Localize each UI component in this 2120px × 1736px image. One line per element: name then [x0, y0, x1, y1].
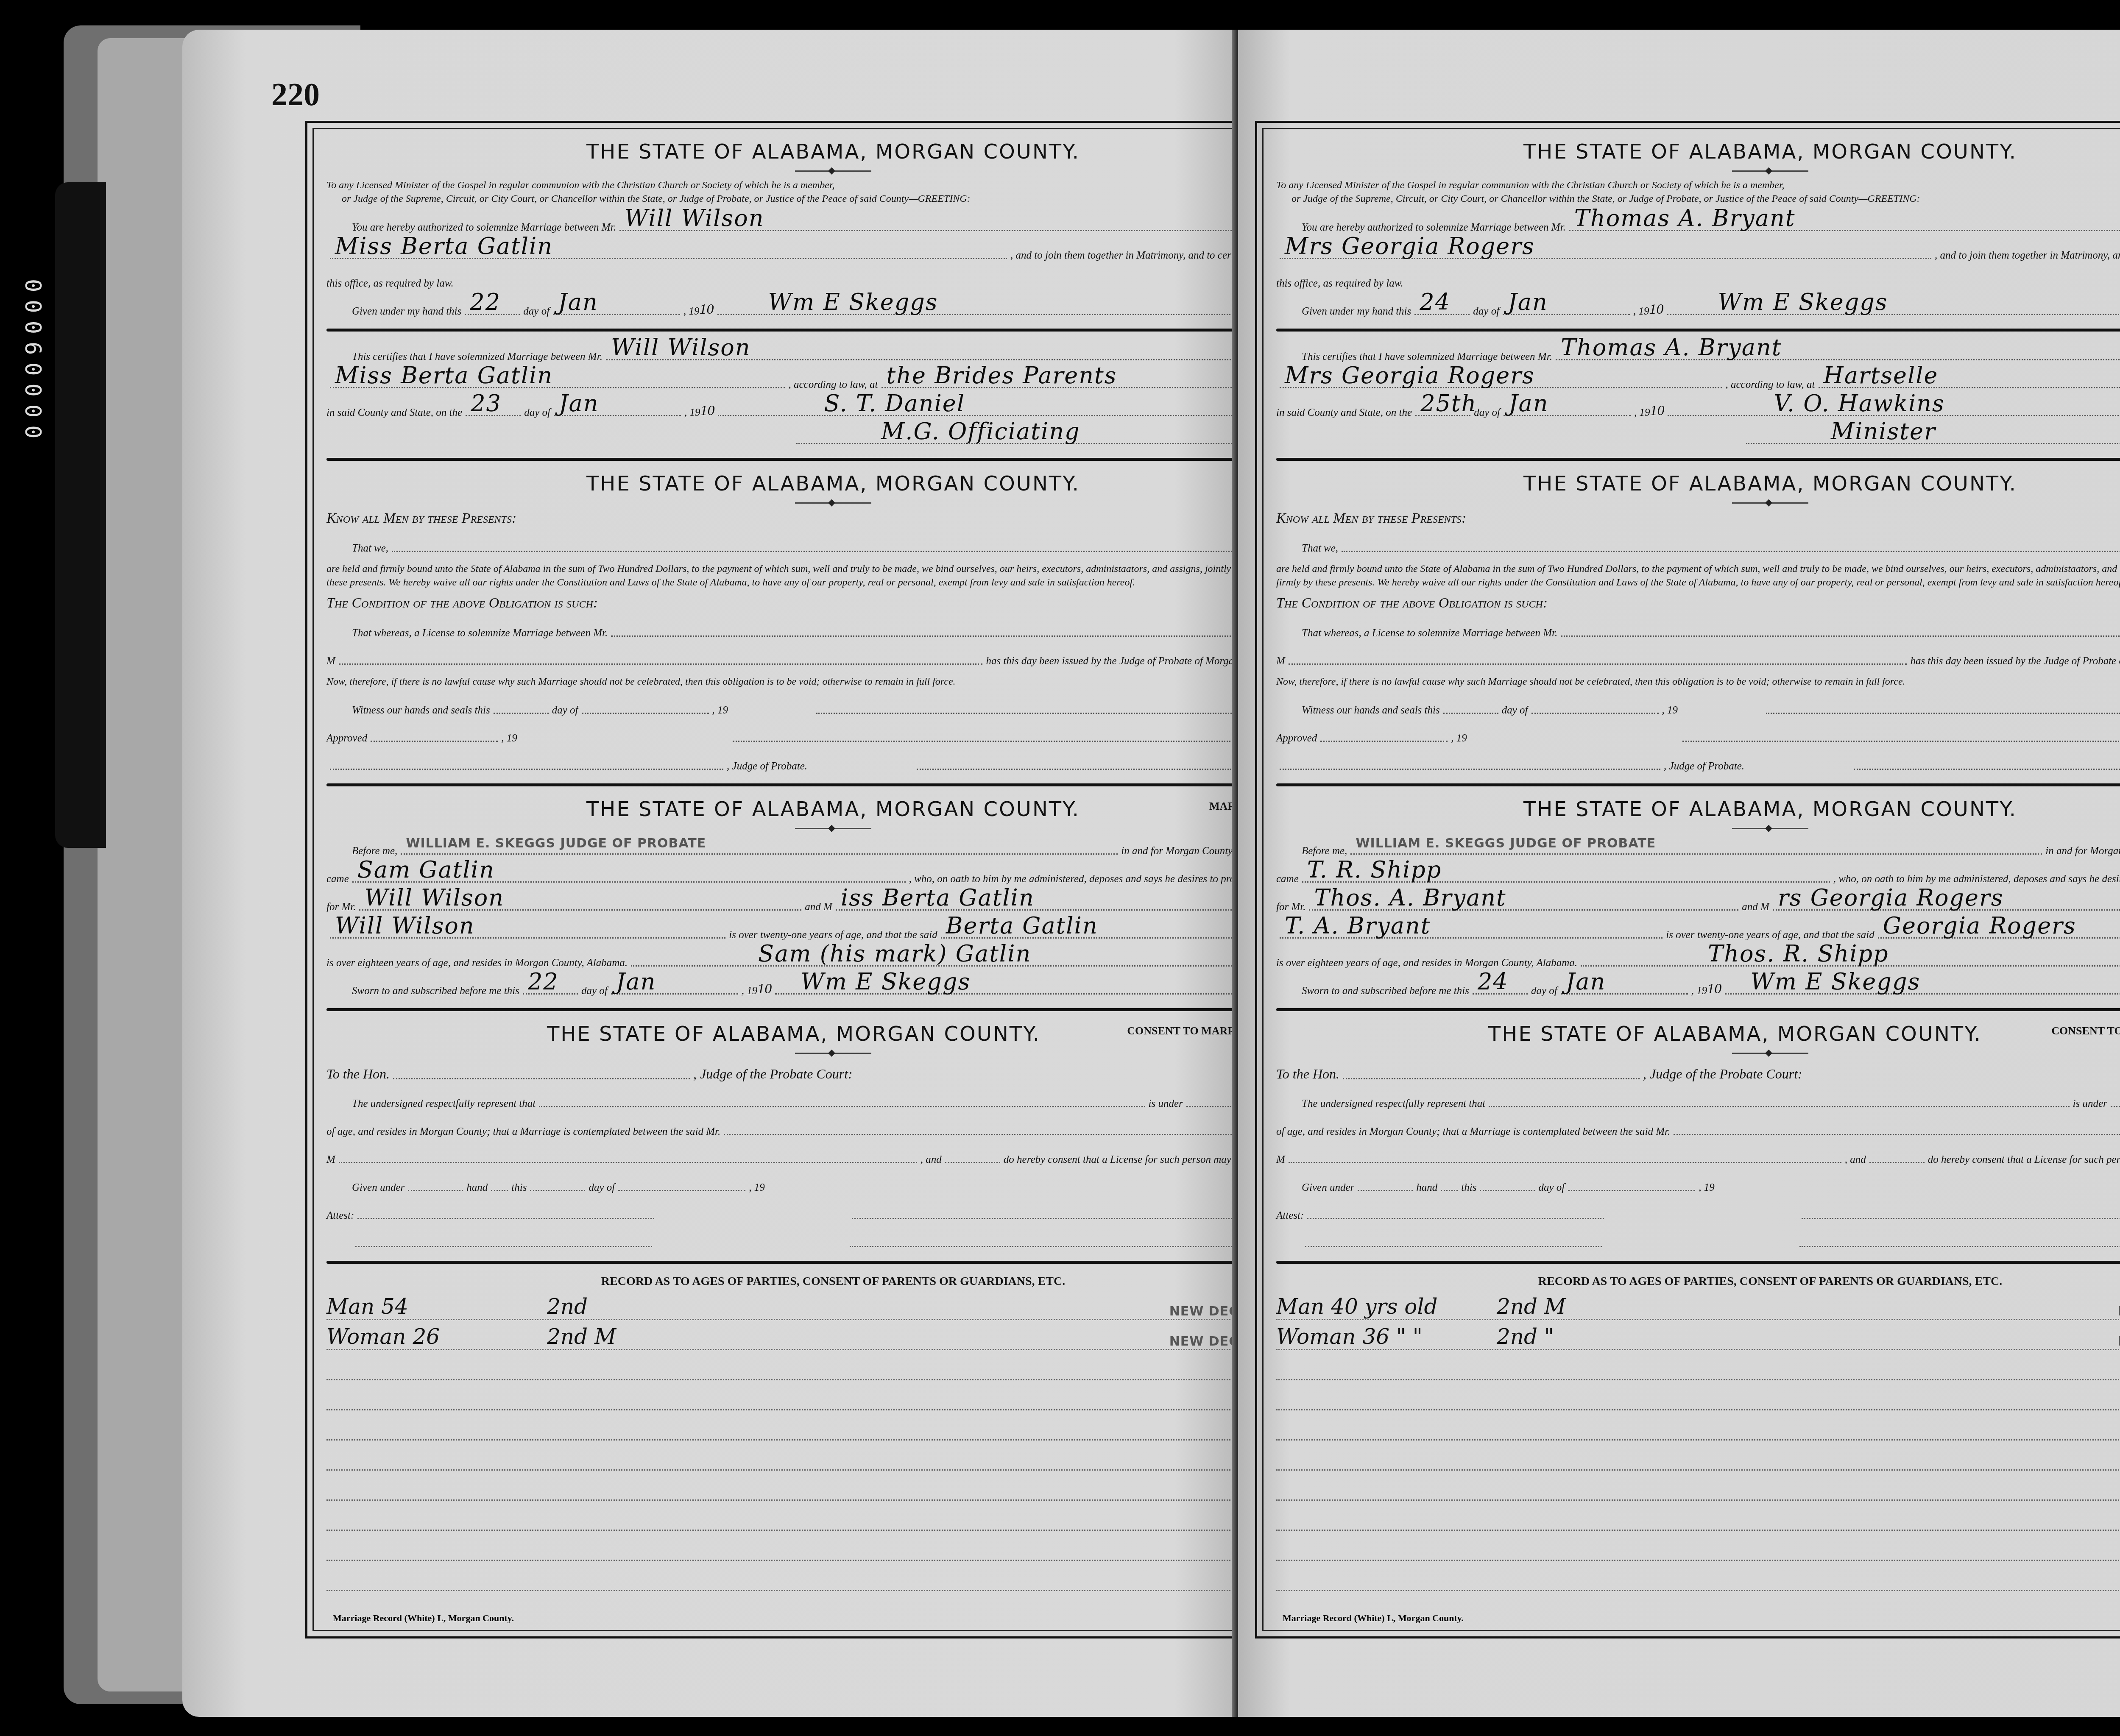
- license-intro: To any Licensed Minister of the Gospel i…: [326, 178, 1340, 206]
- page-number-left: 220: [271, 76, 320, 113]
- record-status: 2nd M: [1497, 1294, 1878, 1319]
- record-party: Man 40 yrs old: [1276, 1294, 1497, 1319]
- license-bride-line: Miss Berta Gatlin, and to join them toge…: [326, 241, 1340, 262]
- condition-heading: The Condition of the above Obligation is…: [326, 595, 1340, 611]
- license-groom-line: You are hereby authorized to solemnize M…: [326, 213, 1340, 234]
- record-party: Woman 36 " ": [1276, 1324, 1497, 1349]
- affiant-name: Sam Gatlin: [357, 856, 495, 883]
- bond-text: are held and firmly bound unto the State…: [326, 562, 1340, 589]
- record-status: 2nd ": [1497, 1324, 1878, 1349]
- certificate-date-line: in said County and State, on the23day of…: [326, 398, 1340, 419]
- bond-heading: THE STATE OF ALABAMA, MORGAN COUNTY.MARR…: [326, 472, 1340, 496]
- certificate-groom-line: This certifies that I have solemnized Ma…: [326, 343, 1340, 363]
- right-page: 221 THE STATE OF ALABAMA, MORGAN COUNTY.…: [1238, 30, 2120, 1717]
- license-groom: Will Wilson: [625, 205, 764, 231]
- officiant-title: M.G. Officiating: [881, 418, 1080, 445]
- reel-number: 00009000: [21, 271, 59, 438]
- record-party: Man 54: [326, 1294, 547, 1319]
- judge-signature: Wm E Skeggs: [768, 289, 938, 315]
- record-row: Woman 262nd MNEW DECATUR, ALA.: [326, 1322, 1340, 1350]
- license-date-line: Given under my hand this22day ofJan, 191…: [326, 297, 1340, 318]
- affidavit-heading: THE STATE OF ALABAMA, MORGAN COUNTY.MARR…: [326, 797, 1340, 821]
- affiant-signature: Sam (his mark) Gatlin: [758, 940, 1031, 967]
- form-frame-right: THE STATE OF ALABAMA, MORGAN COUNTY. To …: [1255, 121, 2120, 1638]
- judge-stamp: WILLIAM E. SKEGGS JUDGE OF PROBATE: [406, 836, 706, 851]
- certificate-bride-line: Miss Berta Gatlin, according to law, att…: [326, 371, 1340, 391]
- record-table-left: Man 542ndNEW DECATUR, ALA.Woman 262nd MN…: [326, 1292, 1340, 1350]
- consent-heading: THE STATE OF ALABAMA, MORGAN COUNTY.CONS…: [326, 1022, 1340, 1046]
- license-heading: THE STATE OF ALABAMA, MORGAN COUNTY.: [326, 140, 1340, 164]
- license-bride: Miss Berta Gatlin: [335, 233, 553, 259]
- officiant-signature: S. T. Daniel: [824, 390, 965, 417]
- know-all-heading: Know all Men by these Presents:: [326, 510, 1340, 527]
- ceremony-place: the Brides Parents: [887, 362, 1117, 389]
- record-row: Woman 36 " "2nd "HARTSELLE, ALA.: [1276, 1322, 2120, 1350]
- location-stamp: HARTSELLE, ALA.: [1878, 1304, 2120, 1319]
- location-stamp: HARTSELLE, ALA.: [1878, 1334, 2120, 1349]
- record-table-right: Man 40 yrs old2nd MHARTSELLE, ALA.Woman …: [1276, 1292, 2120, 1350]
- record-status: 2nd M: [547, 1324, 929, 1349]
- form-frame-left: THE STATE OF ALABAMA, MORGAN COUNTY. To …: [305, 121, 1361, 1638]
- record-party: Woman 26: [326, 1324, 547, 1349]
- microfilm-reel-tab: [55, 182, 106, 848]
- record-row: Man 40 yrs old2nd MHARTSELLE, ALA.: [1276, 1292, 2120, 1320]
- record-row: Man 542ndNEW DECATUR, ALA.: [326, 1292, 1340, 1320]
- book-footer: Marriage Record (White) L, Morgan County…: [333, 1613, 514, 1624]
- left-page: 220 THE STATE OF ALABAMA, MORGAN COUNTY.…: [182, 30, 1238, 1717]
- record-heading: RECORD AS TO AGES OF PARTIES, CONSENT OF…: [326, 1275, 1340, 1288]
- ornament-divider: [795, 170, 871, 172]
- record-status: 2nd: [547, 1294, 929, 1319]
